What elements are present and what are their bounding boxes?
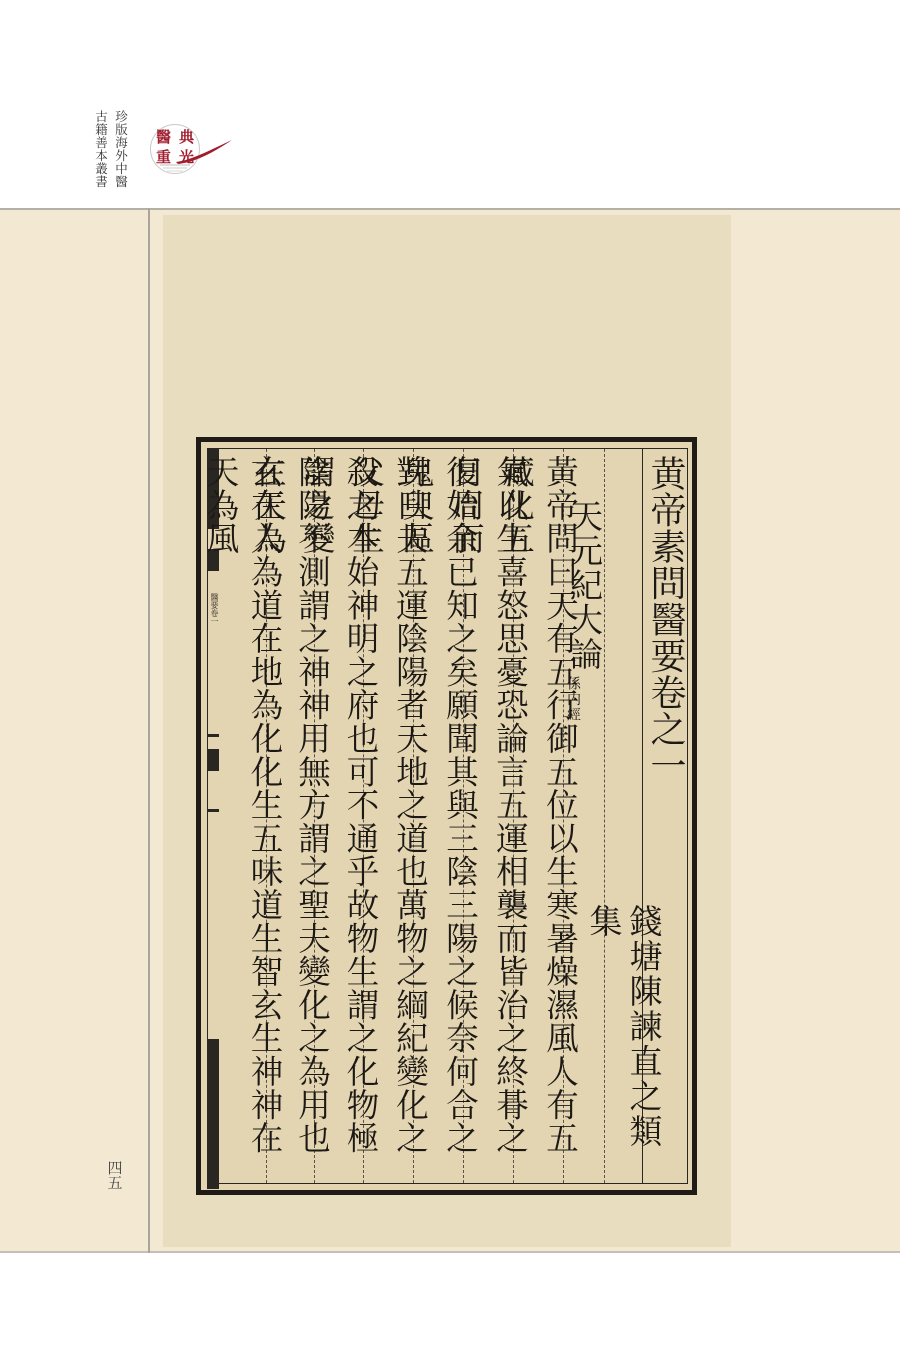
logo-char-1: 醫 xyxy=(152,128,175,148)
page-number: 四五 xyxy=(104,1160,124,1194)
series-title-text-2: 古籍善本叢書 xyxy=(94,110,108,188)
series-title-line-1: 珍版海外中醫 xyxy=(114,110,128,188)
text-columns: 黄帝素問醫要卷之一 錢塘陳諫直之類集 天元紀大論 係内經 黃帝問曰天有五行御五位… xyxy=(220,449,687,1183)
series-title-text-1: 珍版海外中醫 xyxy=(114,110,128,188)
book-title: 黄帝素問醫要卷之一 xyxy=(643,455,687,784)
inner-frame: 醫要卷一 黄帝素問醫要卷之一 錢塘陳諫直之類集 天元紀大論 係内經 黃帝問曰天有… xyxy=(207,448,688,1184)
text-line: 玄在人為道在地為化化生五味道生智玄生神神在天為風 xyxy=(199,455,287,1183)
margin-divider xyxy=(148,208,150,1253)
text-column-7: 玄在人為道在地為化化生五味道生智玄生神神在天為風 xyxy=(220,449,266,1183)
column-author: 錢塘陳諫直之類集 xyxy=(604,449,642,1183)
page-number-text: 四五 xyxy=(106,1160,123,1190)
page-header-area: 珍版海外中醫 古籍善本叢書 醫 典 重 光 xyxy=(0,0,900,208)
publisher-logo: 醫 典 重 光 xyxy=(148,122,234,178)
logo-lines-icon xyxy=(158,164,192,172)
series-title-line-2: 古籍善本叢書 xyxy=(94,110,108,188)
woodblock-page-scan: 醫要卷一 黄帝素問醫要卷之一 錢塘陳諫直之類集 天元紀大論 係内經 黃帝問曰天有… xyxy=(196,437,697,1195)
logo-swoosh-icon xyxy=(174,136,234,166)
